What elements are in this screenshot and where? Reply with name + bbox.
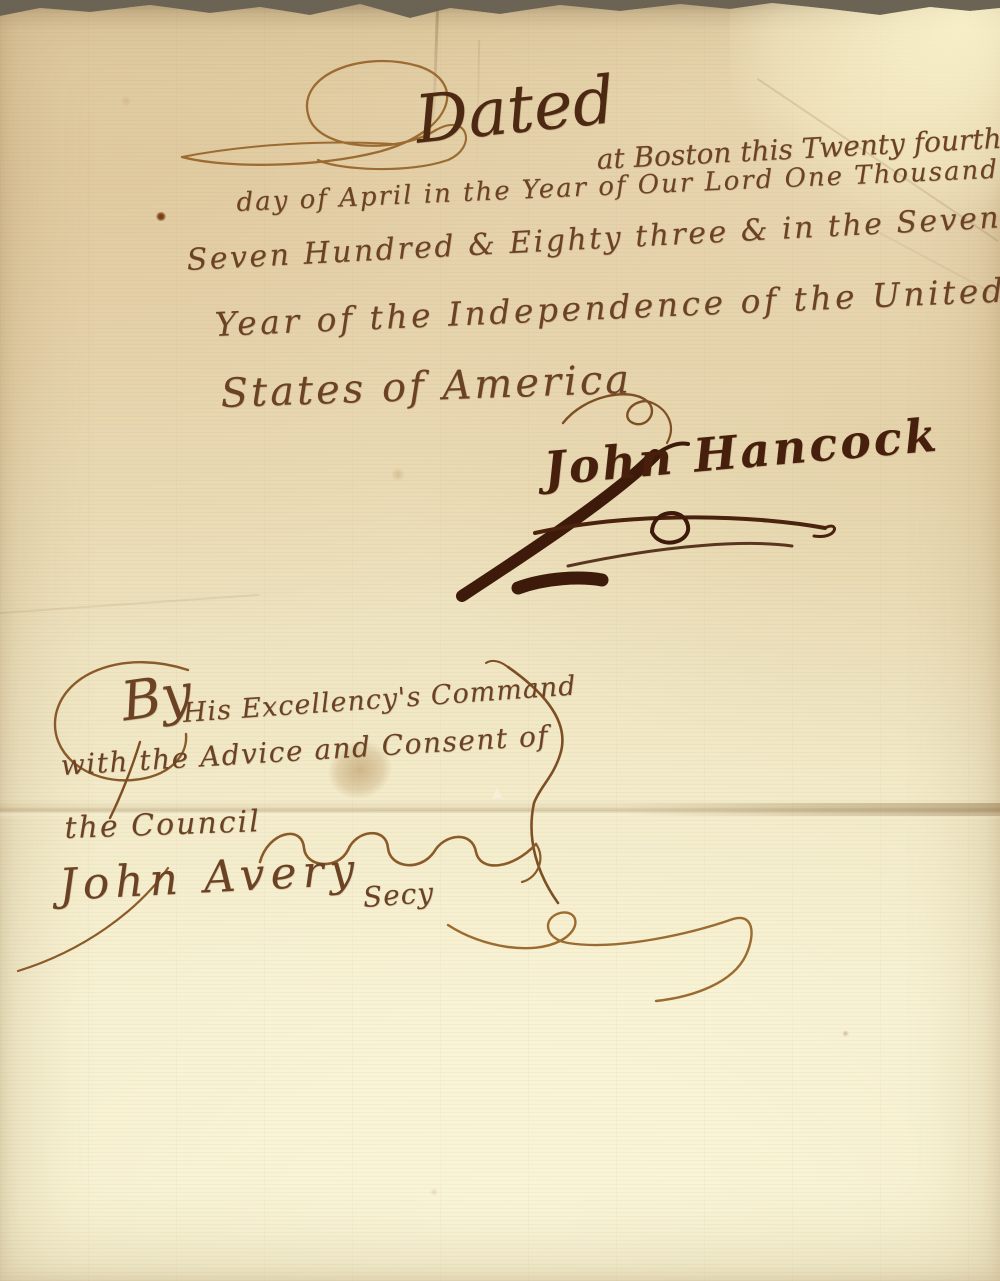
document-photo: Dated at Boston this Twenty fourth day o… (0, 0, 1000, 1281)
paper-sheet: Dated at Boston this Twenty fourth day o… (0, 0, 1000, 1281)
opening-line-4: Year of the Independence of the United (214, 273, 1000, 341)
foxing-spot (390, 468, 406, 481)
avery-loop-flourish (438, 893, 768, 1008)
torn-top-edge-shadow (0, 0, 1000, 30)
attestation-line-3: the Council (64, 807, 261, 844)
dark-ink-spot (156, 212, 166, 221)
secretary-signature: John Avery (58, 848, 361, 908)
foxing-spot (120, 96, 132, 106)
foxing-spot (430, 1188, 438, 1196)
secretary-title: Secy (362, 879, 435, 912)
foxing-spot (842, 1030, 849, 1037)
fold-crease-dark-right (620, 803, 1000, 816)
opening-word-dated: Dated (412, 67, 618, 154)
left-crease (0, 594, 260, 614)
